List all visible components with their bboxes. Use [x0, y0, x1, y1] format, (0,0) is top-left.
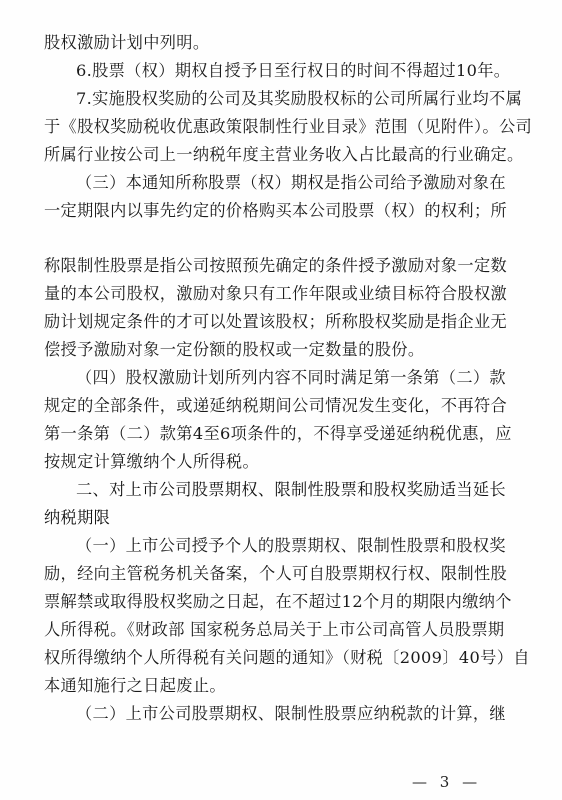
text-line: 票解禁或取得股权奖励之日起，在不超过12个月的期限内缴纳个	[44, 592, 474, 612]
text-line: 6.股票（权）期权自授予日至行权日的时间不得超过10年。	[76, 61, 474, 81]
text-line: （四）股权激励计划所列内容不同时满足第一条第（二）款	[76, 368, 474, 388]
text-line: 量的本公司股权，激励对象只有工作年限或业绩目标符合股权激	[44, 284, 474, 304]
text-line: 励计划规定条件的才可以处置该股权；所称股权奖励是指企业无	[44, 312, 474, 332]
text-line: 偿授予激励对象一定份额的股权或一定数量的股份。	[44, 340, 474, 360]
text-line: 权所得缴纳个人所得税有关问题的通知》（财税〔2009〕40号）自	[44, 648, 474, 668]
text-line: 股权激励计划中列明。	[44, 33, 474, 53]
section-heading: 纳税期限	[44, 508, 474, 528]
text-line: 一定期限内以事先约定的价格购买本公司股票（权）的权利；所	[44, 201, 474, 221]
text-line: 励，经向主管税务机关备案，个人可自股票期权行权、限制性股	[44, 564, 474, 584]
text-line: 本通知施行之日起废止。	[44, 676, 474, 696]
text-line: （二）上市公司股票期权、限制性股票应纳税款的计算，继	[76, 704, 474, 724]
text-line: 7.实施股权奖励的公司及其奖励股权标的公司所属行业均不属	[76, 89, 474, 109]
document-page: 股权激励计划中列明。 6.股票（权）期权自授予日至行权日的时间不得超过10年。 …	[0, 0, 562, 800]
section-heading: 二、对上市公司股票期权、限制性股票和股权奖励适当延长	[76, 480, 474, 500]
text-line: 规定的全部条件，或递延纳税期间公司情况发生变化，不再符合	[44, 396, 474, 416]
text-line: （三）本通知所称股票（权）期权是指公司给予激励对象在	[76, 173, 474, 193]
page-number: — 3 —	[412, 773, 481, 791]
text-line: 第一条第（二）款第4至6项条件的，不得享受递延纳税优惠，应	[44, 424, 474, 444]
text-line: （一）上市公司授予个人的股票期权、限制性股票和股权奖	[76, 536, 474, 556]
text-line: 按规定计算缴纳个人所得税。	[44, 452, 474, 472]
text-line: 人所得税。《财政部 国家税务总局关于上市公司高管人员股票期	[44, 620, 474, 640]
text-line: 称限制性股票是指公司按照预先确定的条件授予激励对象一定数	[44, 256, 474, 276]
text-line: 所属行业按公司上一纳税年度主营业务收入占比最高的行业确定。	[44, 145, 474, 165]
text-line: 于《股权奖励税收优惠政策限制性行业目录》范围（见附件）。公司	[44, 117, 474, 137]
